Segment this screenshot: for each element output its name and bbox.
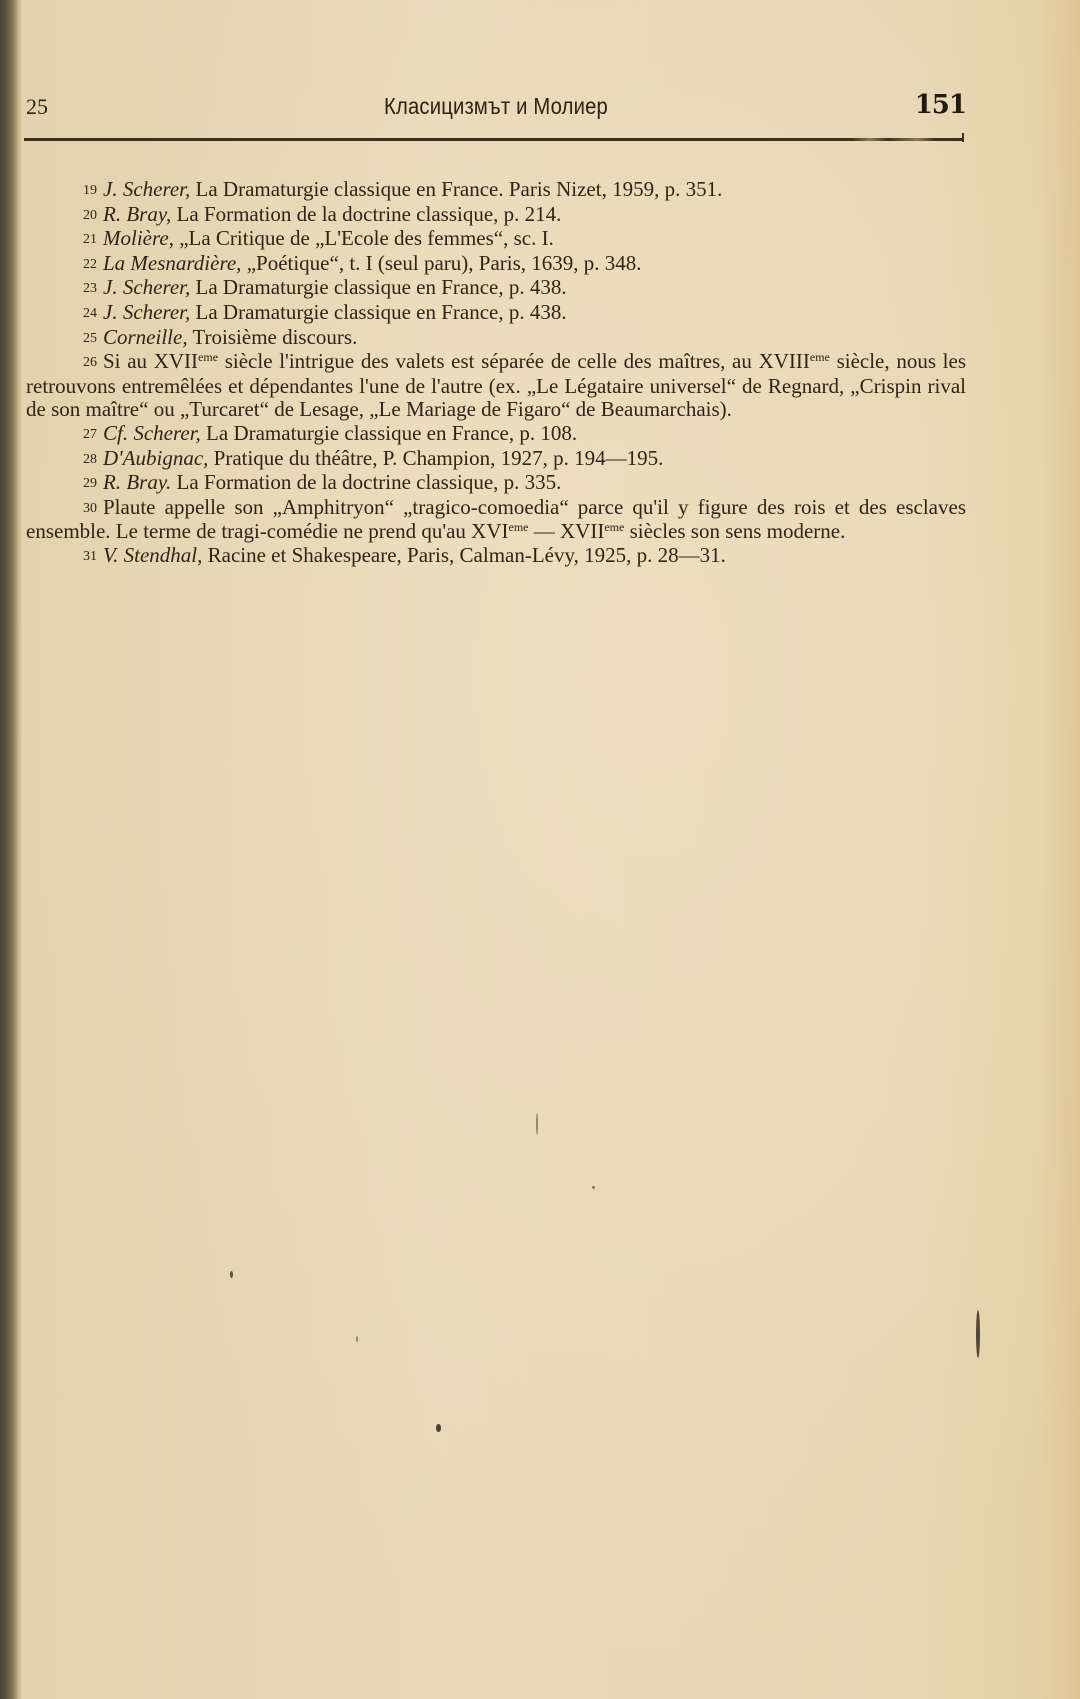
note-number: 28	[83, 452, 97, 467]
note-text: La Dramaturgie classique en France, p. 4…	[190, 275, 566, 299]
note-author: J. Scherer,	[103, 300, 190, 324]
endnote-30: 30Plaute appelle son „Amphitryon“ „tragi…	[26, 496, 966, 544]
running-head: Класицизмът и Молиер	[82, 93, 909, 120]
note-text: Pratique du théâtre, P. Champion, 1927, …	[208, 446, 663, 470]
ordinal-suffix: eme	[810, 350, 830, 364]
note-text: siècle l'intrigue des valets est séparée…	[218, 349, 810, 373]
note-number: 23	[83, 281, 97, 296]
endnote-19: 19J. Scherer, La Dramaturgie classique e…	[26, 178, 966, 203]
paper-speck	[230, 1271, 233, 1278]
note-number: 26	[83, 355, 97, 370]
note-text: Racine et Shakespeare, Paris, Calman-Lév…	[202, 543, 726, 567]
note-number: 21	[83, 232, 97, 247]
note-author: D'Aubignac,	[103, 446, 208, 470]
scanned-page: 25 Класицизмът и Молиер 151 19J. Scherer…	[0, 0, 1080, 1699]
ordinal-suffix: eme	[509, 520, 529, 534]
endnote-22: 22La Mesnardière, „Poétique“, t. I (seul…	[26, 252, 966, 277]
endnote-23: 23J. Scherer, La Dramaturgie classique e…	[26, 276, 966, 301]
note-author: Cf. Scherer,	[103, 421, 201, 445]
note-text: La Formation de la doctrine classique, p…	[171, 470, 561, 494]
endnote-31: 31V. Stendhal, Racine et Shakespeare, Pa…	[26, 544, 966, 569]
note-number: 20	[83, 208, 97, 223]
note-number: 29	[83, 476, 97, 491]
note-author: Molière,	[103, 226, 174, 250]
note-number: 30	[83, 501, 97, 516]
note-text: „La Critique de „L'Ecole des femmes“, sc…	[174, 226, 554, 250]
note-author: Corneille,	[103, 325, 188, 349]
endnote-28: 28D'Aubignac, Pratique du théâtre, P. Ch…	[26, 447, 966, 472]
note-text: siècles son sens moderne.	[624, 519, 845, 543]
note-number: 24	[83, 306, 97, 321]
endnote-27: 27Cf. Scherer, La Dramaturgie classique …	[26, 422, 966, 447]
note-author: V. Stendhal,	[103, 543, 202, 567]
note-number: 27	[83, 427, 97, 442]
note-author: J. Scherer,	[103, 275, 190, 299]
note-text: Si au XVII	[103, 349, 198, 373]
note-author: R. Bray.	[103, 470, 171, 494]
endnote-29: 29R. Bray. La Formation de la doctrine c…	[26, 471, 966, 496]
endnotes-list: 19J. Scherer, La Dramaturgie classique e…	[26, 178, 966, 569]
note-number: 19	[83, 183, 97, 198]
note-text: „Poétique“, t. I (seul paru), Paris, 163…	[241, 251, 641, 275]
ordinal-suffix: eme	[198, 350, 218, 364]
page-number: 151	[915, 90, 966, 120]
note-author: La Mesnardière,	[103, 251, 241, 275]
note-text: La Dramaturgie classique en France. Pari…	[190, 177, 722, 201]
ordinal-suffix: eme	[604, 520, 624, 534]
endnote-20: 20R. Bray, La Formation de la doctrine c…	[26, 203, 966, 228]
note-text: — XVII	[529, 519, 605, 543]
note-text: La Formation de la doctrine classique, p…	[171, 202, 561, 226]
note-author: R. Bray,	[103, 202, 171, 226]
signature-mark: 25	[26, 94, 48, 120]
header-rule-end-tick	[962, 133, 964, 142]
header-rule	[24, 138, 964, 141]
endnote-21: 21Molière, „La Critique de „L'Ecole des …	[26, 227, 966, 252]
paper-speck	[592, 1186, 595, 1189]
page-header: 25 Класицизмът и Молиер 151	[26, 88, 966, 128]
paper-speck	[976, 1310, 980, 1358]
note-author: J. Scherer,	[103, 177, 190, 201]
endnote-25: 25Corneille, Troisième discours.	[26, 326, 966, 351]
page-edge-tint	[1040, 0, 1080, 1699]
paper-speck	[436, 1424, 441, 1432]
paper-speck	[536, 1113, 538, 1135]
note-text: La Dramaturgie classique en France, p. 1…	[201, 421, 577, 445]
note-number: 31	[83, 549, 97, 564]
paper-speck	[356, 1336, 358, 1342]
endnote-26: 26Si au XVIIeme siècle l'intrigue des va…	[26, 350, 966, 422]
book-binding-shadow	[0, 0, 22, 1699]
note-text: La Dramaturgie classique en France, p. 4…	[190, 300, 566, 324]
note-text: Troisième discours.	[188, 325, 358, 349]
note-number: 25	[83, 331, 97, 346]
endnote-24: 24J. Scherer, La Dramaturgie classique e…	[26, 301, 966, 326]
note-number: 22	[83, 257, 97, 272]
